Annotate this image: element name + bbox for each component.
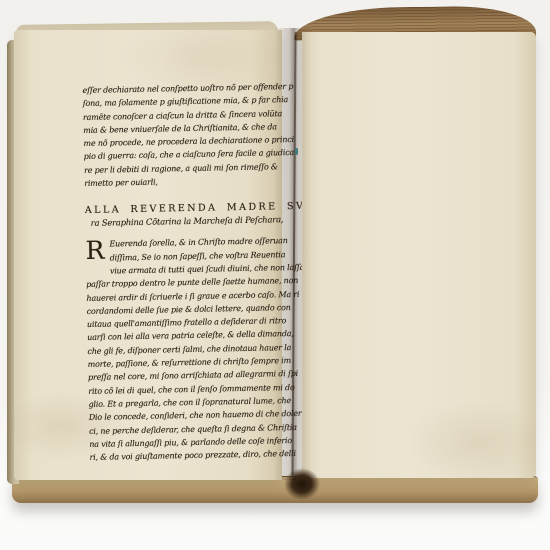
book-photo: eſſer dechiarato nel conſpetto uoſtro nõ… [0, 0, 550, 550]
book-bottom-edge [12, 476, 538, 503]
left-page: eſſer dechiarato nel conſpetto uoſtro nõ… [14, 30, 282, 480]
dedication-heading: ALLA REVERENDA MADRE SVO ra Seraphina Cõ… [85, 200, 289, 230]
text-line: ri, & da voi giuſtamente poco prezzate, … [89, 447, 293, 464]
binding-thread-speck [295, 148, 298, 155]
drop-cap-initial: R [85, 239, 106, 265]
letter-body-lines: Euerenda ſorella, & in Chriſto madre oſſ… [85, 234, 293, 464]
text-line: rimetto per ouiarli, [84, 173, 288, 190]
dedication-heading-line2: ra Seraphina Cõtarina la Marcheſa di Peſ… [85, 213, 289, 230]
paragraph-end-of-letter: eſſer dechiarato nel conſpetto uoſtro nõ… [82, 80, 288, 190]
right-page: 92 honori mondani era gia ſi carico, che… [302, 32, 536, 478]
left-page-text: eſſer dechiarato nel conſpetto uoſtro nõ… [82, 80, 293, 464]
letter-opening-paragraph: R Euerenda ſorella, & in Chriſto madre o… [85, 234, 293, 464]
